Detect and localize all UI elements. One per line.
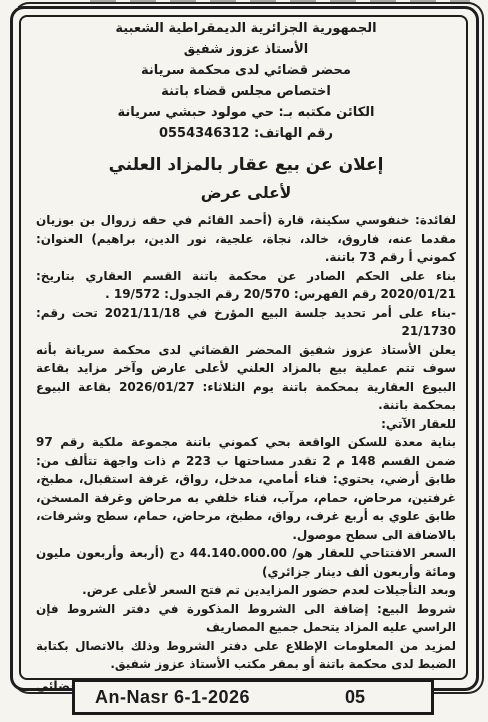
header-line-republic: الجمهورية الجزائرية الديمقراطية الشعبية bbox=[36, 18, 456, 39]
paragraph-auction-announcement: يعلن الأستاذ عزوز شفيق المحضر القضائي لد… bbox=[36, 341, 456, 415]
paragraph-property-description: بناية معدة للسكن الواقعة بحي كموني باتنة… bbox=[36, 433, 456, 544]
publication-name-date: An-Nasr 6-1-2026 bbox=[95, 687, 250, 708]
header-block: الجمهورية الجزائرية الديمقراطية الشعبية … bbox=[36, 18, 456, 144]
paragraph-beneficiary: لفائدة: خنفوسي سكينة، قارة (أحمد القائم … bbox=[36, 211, 456, 267]
scan-edge-artifact bbox=[90, 0, 470, 3]
header-line-bailiff-name: الأستاذ عزوز شفيق bbox=[36, 39, 456, 60]
paragraph-more-information: لمزيد من المعلومات الإطلاع على دفتر الشر… bbox=[36, 637, 456, 674]
newspaper-legal-notice-page: الجمهورية الجزائرية الديمقراطية الشعبية … bbox=[0, 0, 488, 722]
paragraph-judgment-reference: بناء على الحكم الصادر عن محكمة باتنة الق… bbox=[36, 267, 456, 304]
paragraph-sale-conditions: شروط البيع: إضافة الى الشروط المذكورة في… bbox=[36, 600, 456, 637]
header-line-phone-number: رقم الهاتف: 0554346312 bbox=[36, 123, 456, 144]
page-number: 05 bbox=[345, 687, 365, 708]
notice-body: لفائدة: خنفوسي سكينة، قارة (أحمد القائم … bbox=[36, 211, 456, 674]
publication-banner: An-Nasr 6-1-2026 05 bbox=[72, 679, 434, 715]
paragraph-postponements-note: وبعد التأجيلات لعدم حضور المزايدين تم فت… bbox=[36, 581, 456, 600]
header-line-office-address: الكائن مكتبه بـ: حي مولود حبشي سريانة bbox=[36, 102, 456, 123]
notice-title: إعلان عن بيع عقار بالمزاد العلني bbox=[36, 155, 456, 175]
notice-subtitle: لأعلى عرض bbox=[36, 184, 456, 202]
paragraph-session-order: -بناء على أمر تحديد جلسة البيع المؤرخ في… bbox=[36, 304, 456, 341]
paragraph-property-intro: للعقار الآتي: bbox=[36, 415, 456, 434]
header-line-jurisdiction: اختصاص مجلس قضاء باتنة bbox=[36, 81, 456, 102]
notice-content: الجمهورية الجزائرية الديمقراطية الشعبية … bbox=[36, 14, 456, 693]
header-line-bailiff-title: محضر قضائي لدى محكمة سريانة bbox=[36, 60, 456, 81]
paragraph-opening-price: السعر الافتتاحي للعقار هو/ 44.140.000.00… bbox=[36, 544, 456, 581]
